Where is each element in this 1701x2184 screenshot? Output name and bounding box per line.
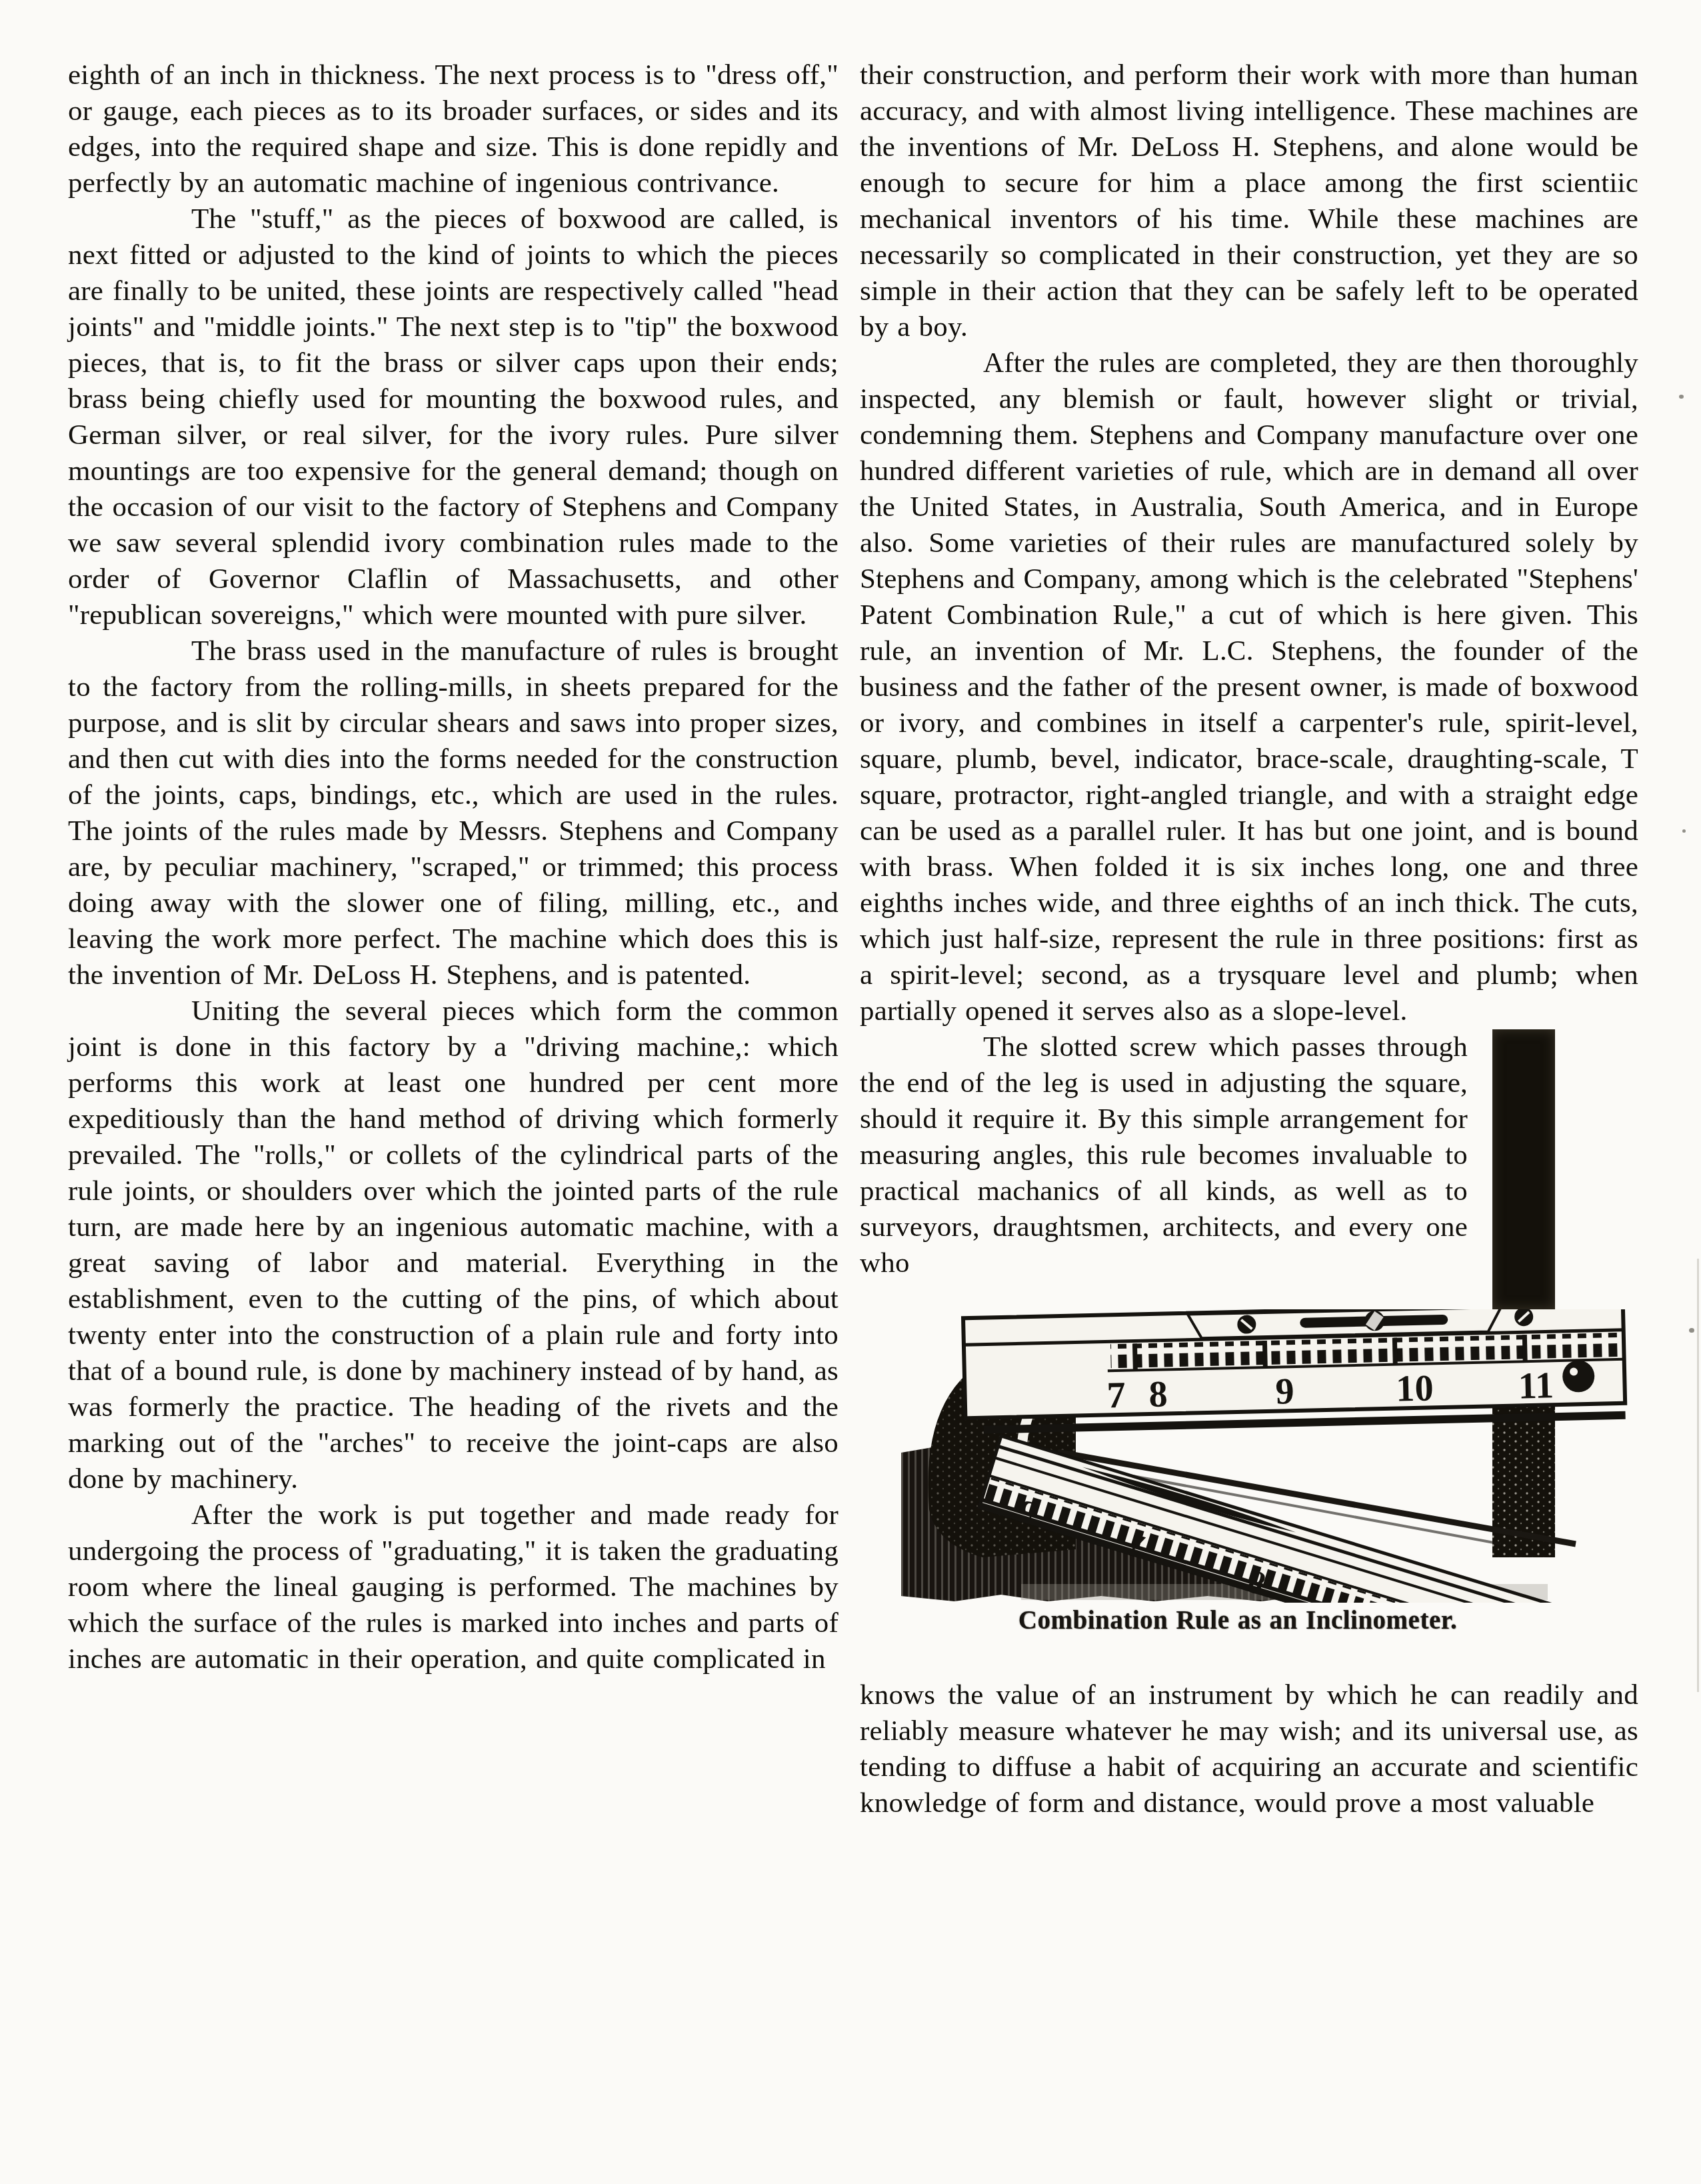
scan-speck [1679,395,1684,399]
figure-leg-spacer [1468,1029,1638,1309]
paragraph: The "stuff," as the pieces of boxwood ar… [68,201,839,633]
scan-edge-line [1697,1259,1699,1692]
scan-speck [1682,829,1686,833]
horizontal-scale-number: 11 [1518,1365,1554,1407]
horizontal-scale-number: 8 [1148,1373,1168,1415]
paragraph: The brass used in the manufacture of rul… [68,633,839,993]
paragraph: eighth of an inch in thickness. The next… [68,57,839,201]
rule-leg-bar [1492,1029,1555,1309]
horizontal-blade: 7 8 9 10 11 [963,1309,1626,1434]
figure-caption: Combination Rule as an Inclinometer. [901,1603,1574,1639]
combination-rule-illustration: 5 7 8 2 1 [901,1309,1634,1603]
combination-rule-figure: 5 7 8 2 1 [901,1309,1634,1639]
scan-speck [1689,1328,1694,1333]
paragraph: After the rules are completed, they are … [860,345,1638,1029]
left-text-column: eighth of an inch in thickness. The next… [68,57,839,1677]
horizontal-scale-number: 10 [1396,1367,1434,1409]
horizontal-scale-number-partial: 7 [1106,1375,1126,1417]
scanned-book-page: eighth of an inch in thickness. The next… [0,0,1701,2184]
right-text-column: their construction, and perform their wo… [860,57,1638,1821]
paragraph: their construction, and perform their wo… [860,57,1638,345]
paragraph: knows the value of an instrument by whic… [860,1677,1638,1821]
paragraph: Uniting the several pieces which form th… [68,993,839,1497]
paragraph: After the work is put together and made … [68,1497,839,1677]
horizontal-scale-number: 9 [1275,1371,1295,1413]
